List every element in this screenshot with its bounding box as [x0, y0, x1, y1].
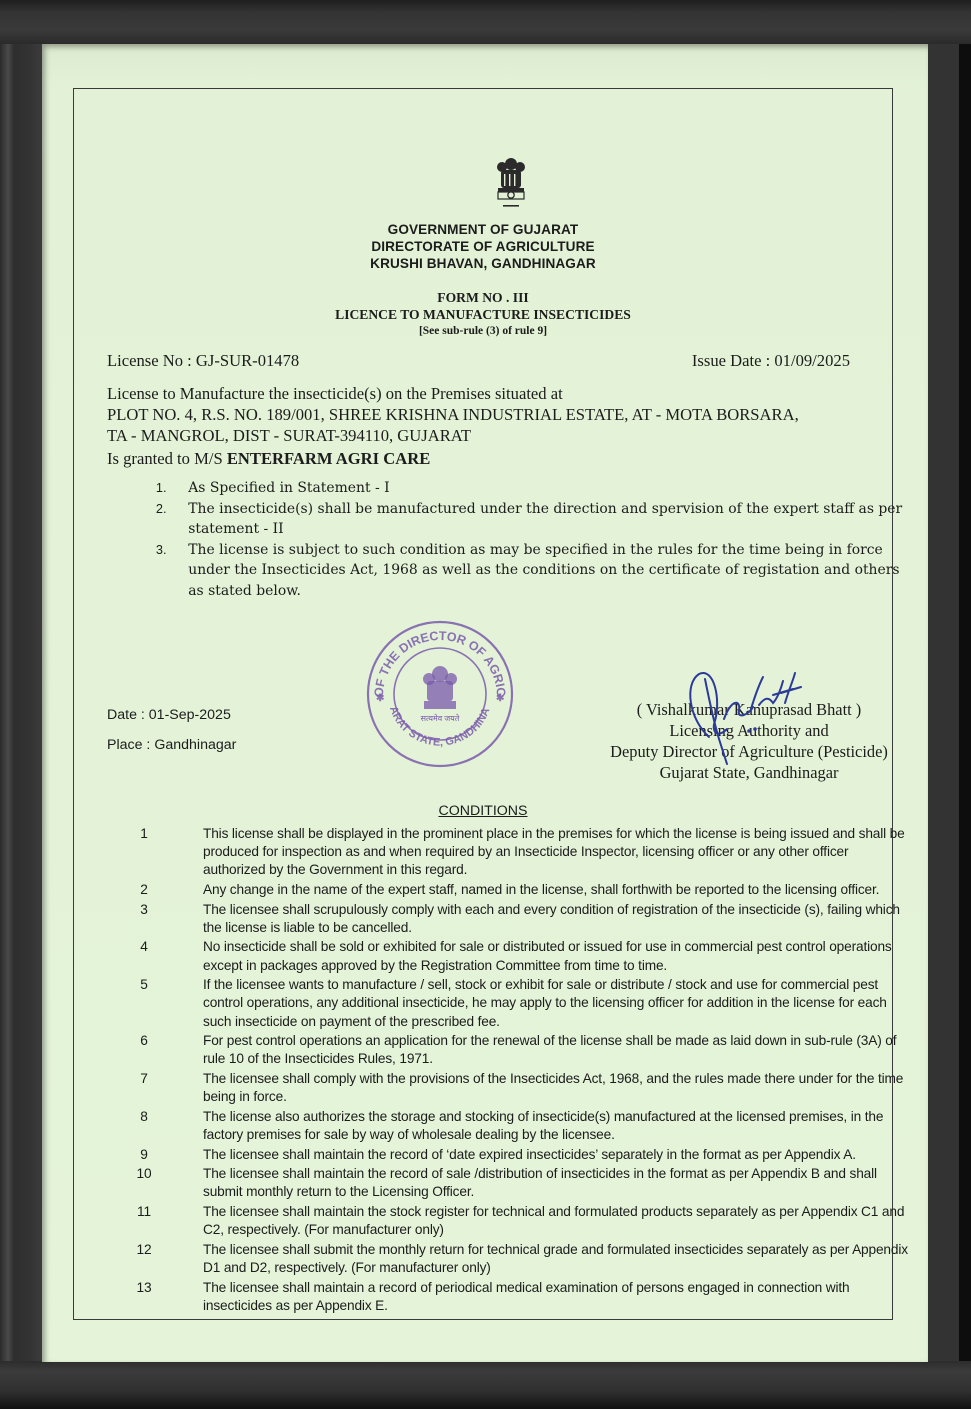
condition-item: 9The licensee shall maintain the record …: [134, 1146, 914, 1164]
svg-text:✱: ✱: [496, 693, 505, 704]
government-name: GOVERNMENT OF GUJARAT: [74, 221, 892, 238]
condition-item: 3The licensee shall scrupulously comply …: [134, 901, 914, 937]
licence-document: GOVERNMENT OF GUJARAT DIRECTORATE OF AGR…: [42, 44, 928, 1362]
company-name: ENTERFARM AGRI CARE: [227, 449, 430, 468]
grantee: Is granted to M/S ENTERFARM AGRI CARE: [107, 449, 430, 469]
grant-term: 2.The insecticide(s) shall be manufactur…: [152, 499, 916, 540]
issue-date: Issue Date : 01/09/2025: [692, 351, 850, 371]
grant-term: 1.As Specified in Statement - I: [152, 478, 916, 499]
condition-item: 13The licensee shall maintain a record o…: [134, 1279, 914, 1315]
condition-item: 5If the licensee wants to manufacture / …: [134, 976, 914, 1031]
license-number: License No : GJ-SUR-01478: [107, 351, 299, 371]
office-address: KRUSHI BHAVAN, GANDHINAGAR: [74, 255, 892, 272]
condition-item: 10The licensee shall maintain the record…: [134, 1165, 914, 1201]
conditions-title: CONDITIONS: [74, 803, 892, 819]
svg-text:सत्यमेव जयते: सत्यमेव जयते: [421, 713, 460, 723]
condition-item: 12The licensee shall submit the monthly …: [134, 1241, 914, 1277]
signing-date: Date : 01-Sep-2025: [107, 700, 236, 730]
signing-place: Place : Gandhinagar: [107, 730, 236, 760]
premises-intro: License to Manufacture the insecticide(s…: [107, 383, 799, 404]
condition-item: 6For pest control operations an applicat…: [134, 1032, 914, 1068]
grant-term: 3.The license is subject to such conditi…: [152, 540, 916, 602]
official-seal-icon: OFFICE OF THE DIRECTOR OF AGRICULTURE GU…: [361, 619, 519, 769]
state-emblem-icon: [492, 155, 530, 211]
svg-text:✱: ✱: [376, 693, 385, 704]
picture-frame-bottom: [0, 1361, 971, 1409]
premises-address-line-1: PLOT NO. 4, R.S. NO. 189/001, SHREE KRIS…: [107, 404, 799, 425]
premises-block: License to Manufacture the insecticide(s…: [107, 383, 799, 446]
conditions-list: 1This license shall be displayed in the …: [134, 825, 914, 1316]
date-place-block: Date : 01-Sep-2025 Place : Gandhinagar: [107, 700, 236, 760]
condition-item: 8The license also authorizes the storage…: [134, 1108, 914, 1144]
condition-item: 1This license shall be displayed in the …: [134, 825, 914, 880]
condition-item: 7The licensee shall comply with the prov…: [134, 1070, 914, 1106]
form-rule-reference: [See sub-rule (3) of rule 9]: [74, 323, 892, 340]
form-title: LICENCE TO MANUFACTURE INSECTICIDES: [74, 306, 892, 323]
condition-item: 11The licensee shall maintain the stock …: [134, 1203, 914, 1239]
handwritten-signature-icon: [669, 659, 819, 769]
document-border: GOVERNMENT OF GUJARAT DIRECTORATE OF AGR…: [73, 88, 893, 1320]
condition-item: 2Any change in the name of the expert st…: [134, 881, 914, 899]
grant-terms-list: 1.As Specified in Statement - I 2.The in…: [152, 478, 916, 602]
condition-item: 4No insecticide shall be sold or exhibit…: [134, 938, 914, 974]
premises-address-line-2: TA - MANGROL, DIST - SURAT-394110, GUJAR…: [107, 425, 799, 446]
form-header: FORM NO . III LICENCE TO MANUFACTURE INS…: [74, 289, 892, 340]
picture-frame-top: [0, 0, 971, 44]
issuing-authority-header: GOVERNMENT OF GUJARAT DIRECTORATE OF AGR…: [74, 221, 892, 272]
directorate-name: DIRECTORATE OF AGRICULTURE: [74, 238, 892, 255]
granted-prefix: Is granted to M/S: [107, 449, 227, 468]
form-number: FORM NO . III: [74, 289, 892, 306]
